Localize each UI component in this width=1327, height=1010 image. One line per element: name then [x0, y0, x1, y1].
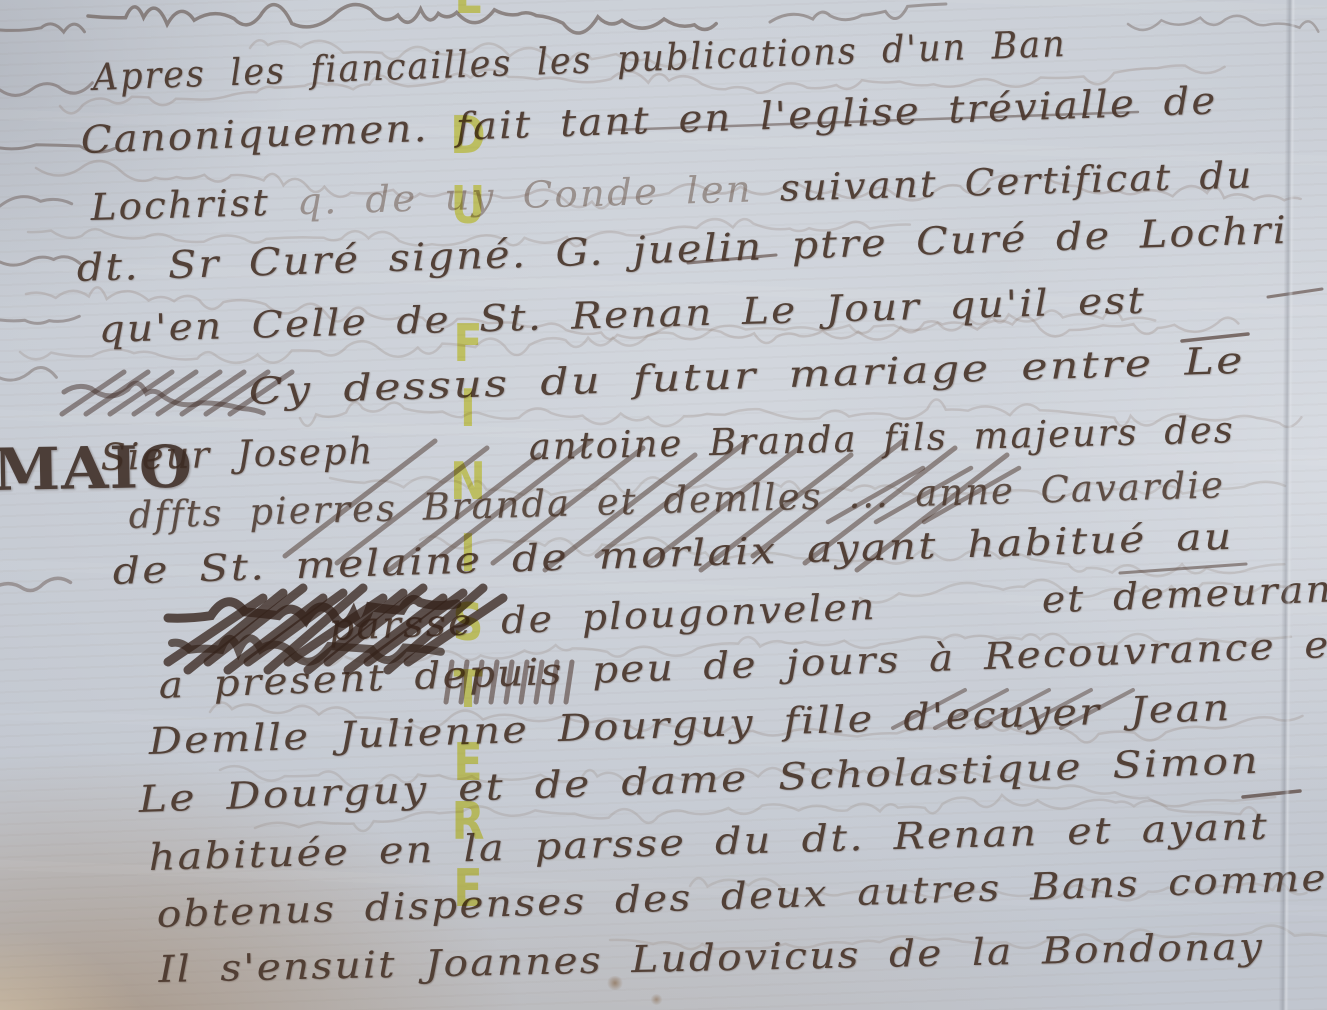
margin-note-mai: MAIO: [0, 433, 194, 504]
manuscript-page: Apres les fiancailles les publications d…: [0, 0, 1327, 1010]
manuscript-line: Il s'ensuit Joannes Ludovicus de la Bond…: [158, 925, 1264, 991]
manuscript-line: Apres les fiancailles les publications d…: [92, 22, 1067, 99]
line-segment-faded: q. de uy Conde len: [296, 167, 780, 223]
manuscript-line: Cy dessus du futur mariage entre Le: [248, 339, 1245, 413]
manuscript-line: qu'en Celle de St. Renan Le Jour qu'il e…: [98, 279, 1147, 351]
manuscript-text: Apres les fiancailles les publications d…: [0, 0, 1327, 1010]
line-segment: suivant Certificat du: [779, 154, 1254, 210]
line-segment: Lochrist: [90, 180, 297, 229]
